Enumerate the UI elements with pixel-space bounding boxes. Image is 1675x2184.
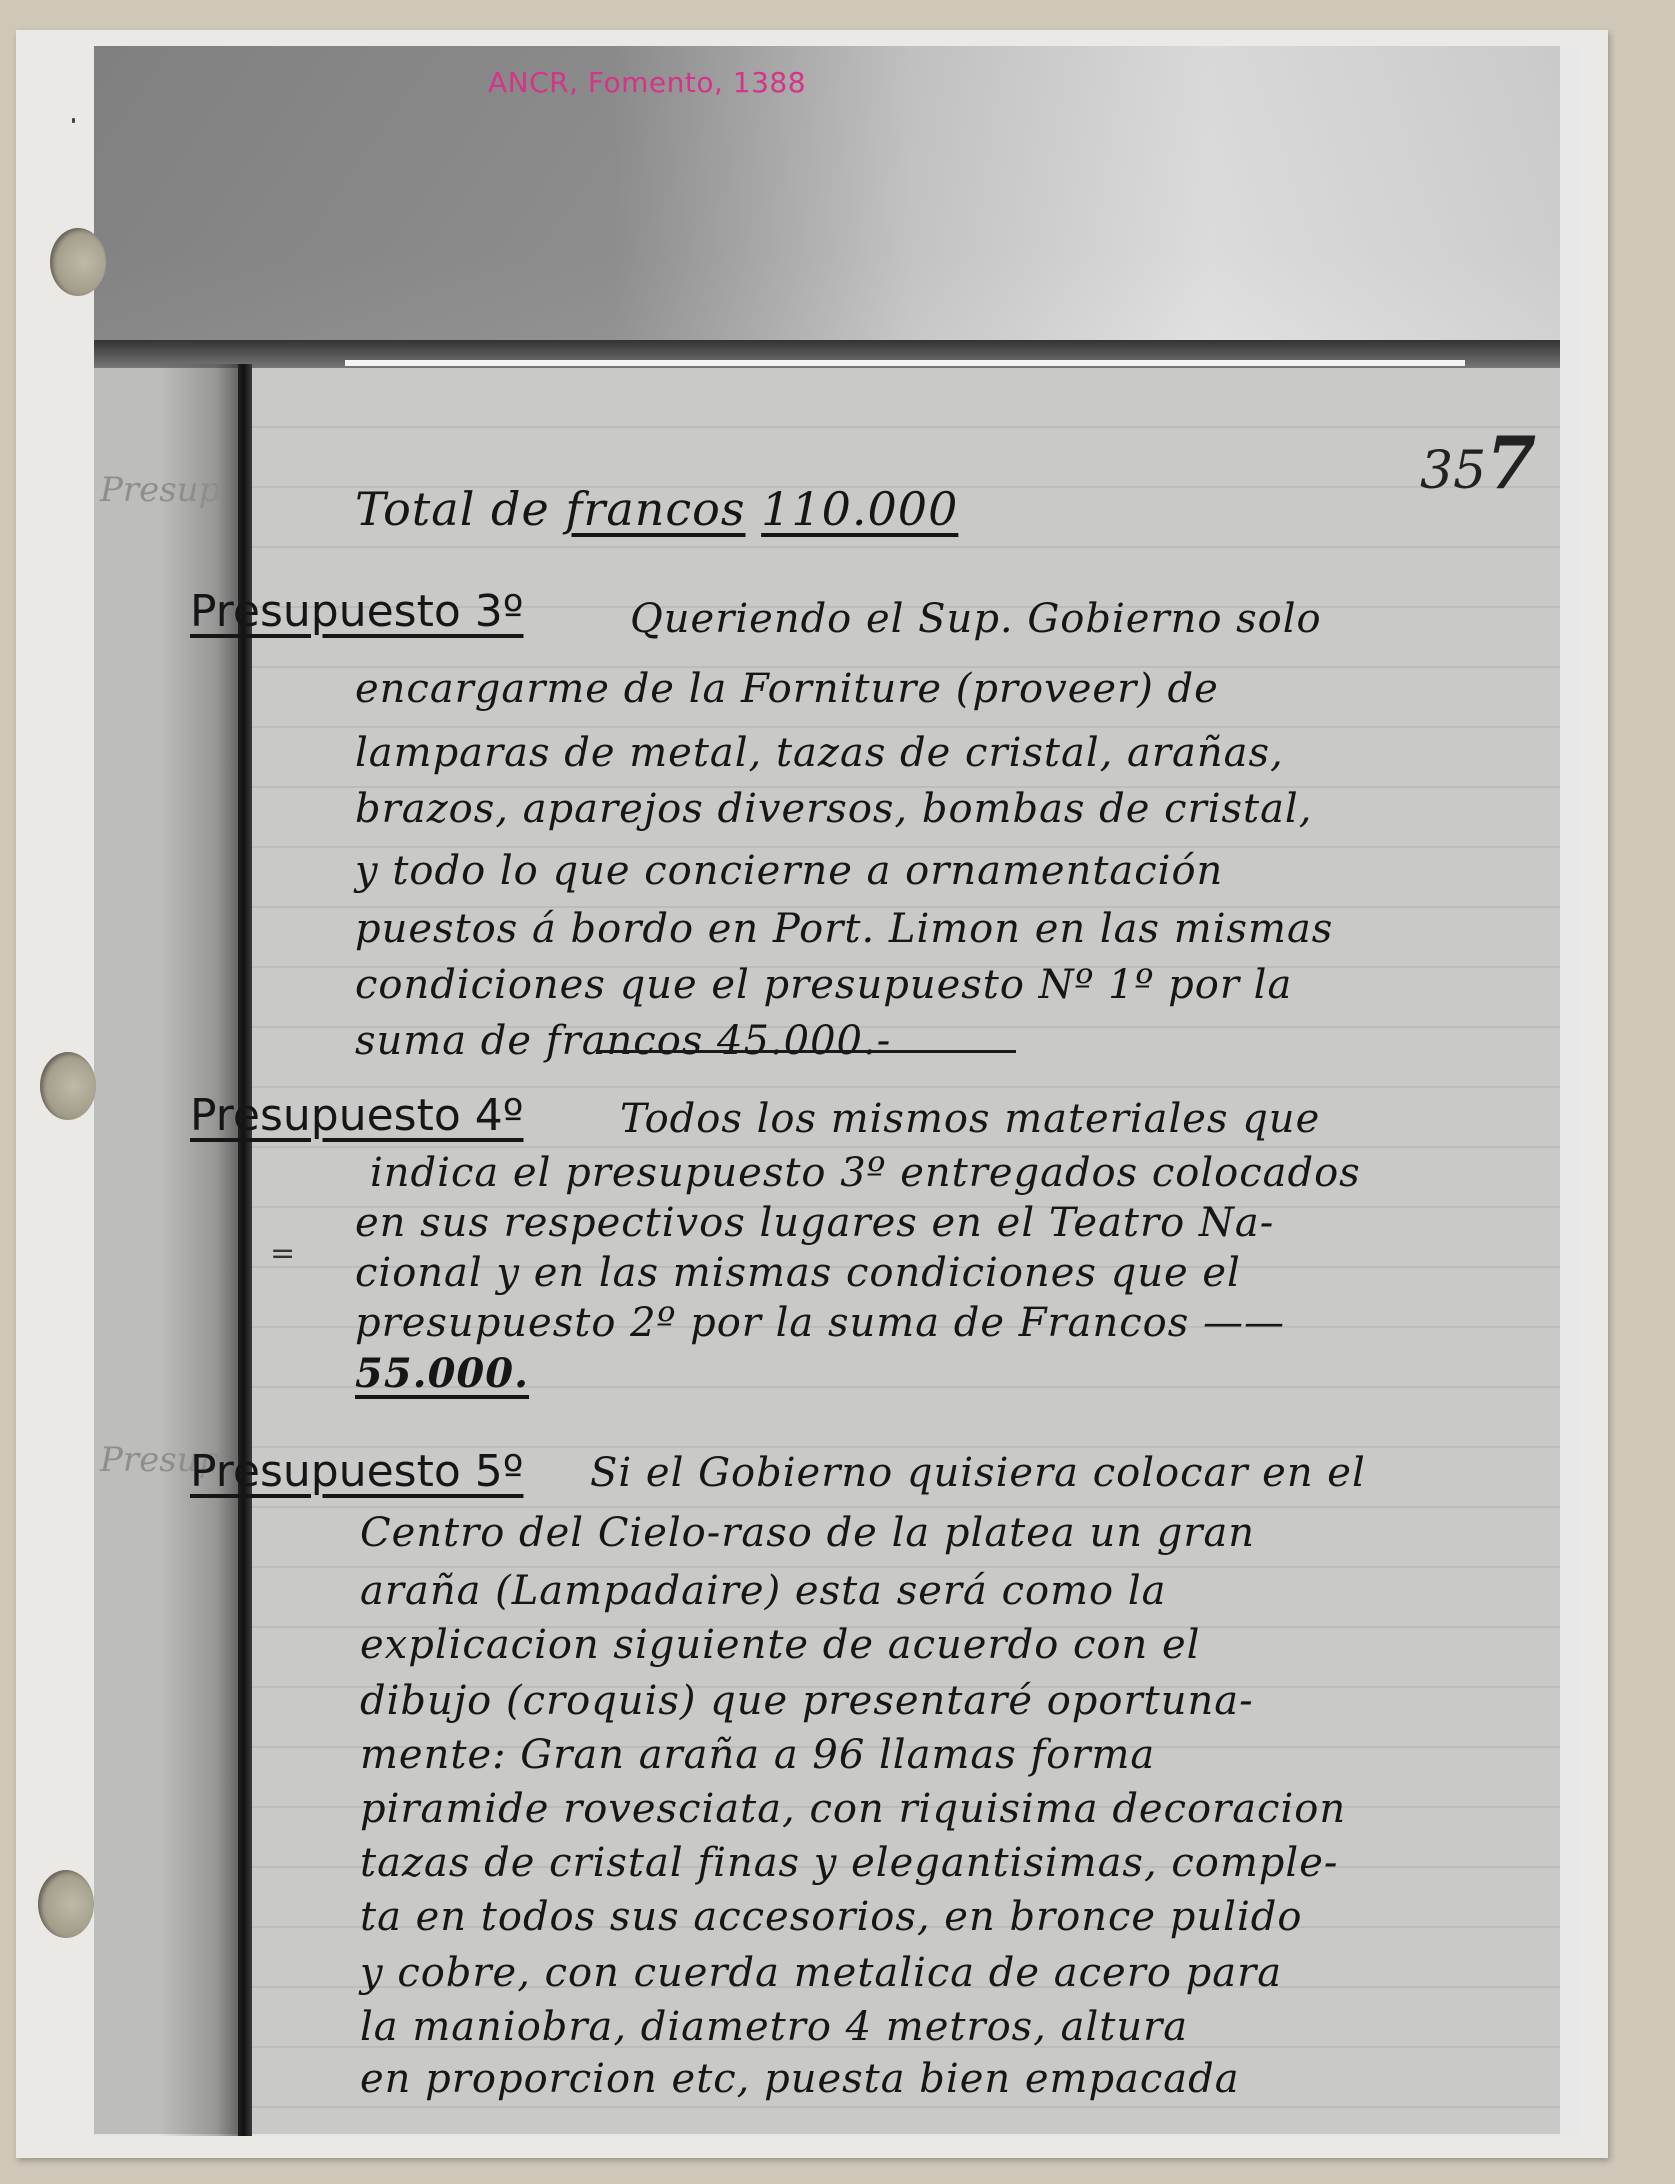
p5-line: Centro del Cielo-raso de la platea un gr… [360,1510,1255,1556]
presupuesto-5-heading: Presupuesto 5º [190,1446,523,1497]
p3-line: suma de francos 45.000.- [355,1018,891,1064]
folio-last-digit: 7 [1486,420,1536,505]
p5-line: araña (Lampadaire) esta será como la [360,1568,1166,1614]
p5-line: explicacion siguiente de acuerdo con el [360,1622,1200,1668]
punch-hole [50,228,106,296]
punch-hole [40,1052,96,1120]
p5-line: mente: Gran araña a 96 llamas forma [360,1732,1155,1778]
archive-citation: ANCR, Fomento, 1388 [488,66,806,99]
p3-line: y todo lo que concierne a ornamentación [355,848,1223,894]
p3-line: puestos á bordo en Port. Limon en las mi… [355,906,1333,952]
p3-line: lamparas de metal, tazas de cristal, ara… [355,730,1284,776]
total-currency: francos [565,482,745,536]
presupuesto-4-heading: Presupuesto 4º [190,1090,523,1141]
facing-page-ghost-text: Presup [100,470,220,510]
p4-line: presupuesto 2º por la suma de Francos —— [355,1300,1285,1346]
p5-line: dibujo (croquis) que presentaré oportuna… [360,1678,1254,1724]
continuation-mark: = [270,1236,295,1271]
underline-amount-45000 [596,1050,1016,1053]
p4-line: indica el presupuesto 3º entregados colo… [370,1150,1361,1196]
punch-hole [38,1870,94,1938]
p3-line: brazos, aparejos diversos, bombas de cri… [355,786,1312,832]
page-edge-highlight [345,360,1465,366]
right-margin-strip [1560,46,1580,2136]
p5-line: ta en todos sus accesorios, en bronce pu… [360,1894,1302,1940]
p4-line: Todos los mismos materiales que [620,1096,1320,1142]
photocopy-top-shadow [94,46,1580,376]
p5-line: Si el Gobierno quisiera colocar en el [590,1450,1366,1496]
p3-line: encargarme de la Forniture (proveer) de [355,666,1219,712]
total-amount: 110.000 [761,482,958,536]
p3-line: condiciones que el presupuesto Nº 1º por… [355,962,1292,1008]
total-label: Total de [355,482,550,536]
p5-line: en proporcion etc, puesta bien empacada [360,2056,1240,2102]
folio-prefix: 35 [1420,441,1486,501]
total-line: Total de francos 110.000 [355,482,958,536]
p4-line: en sus respectivos lugares en el Teatro … [355,1200,1274,1246]
folio-number: 357 [1420,420,1536,505]
p5-line: piramide rovesciata, con riquisima decor… [360,1786,1346,1832]
p4-line: 55.000. [355,1350,529,1397]
p3-line: Queriendo el Sup. Gobierno solo [630,596,1322,642]
p5-line: tazas de cristal finas y elegantisimas, … [360,1840,1338,1886]
p5-line: y cobre, con cuerda metalica de acero pa… [360,1950,1282,1996]
presupuesto-3-heading: Presupuesto 3º [190,586,523,637]
pin-mark [72,118,75,123]
p4-line: cional y en las mismas condiciones que e… [355,1250,1241,1296]
p5-line: la maniobra, diametro 4 metros, altura [360,2004,1188,2050]
